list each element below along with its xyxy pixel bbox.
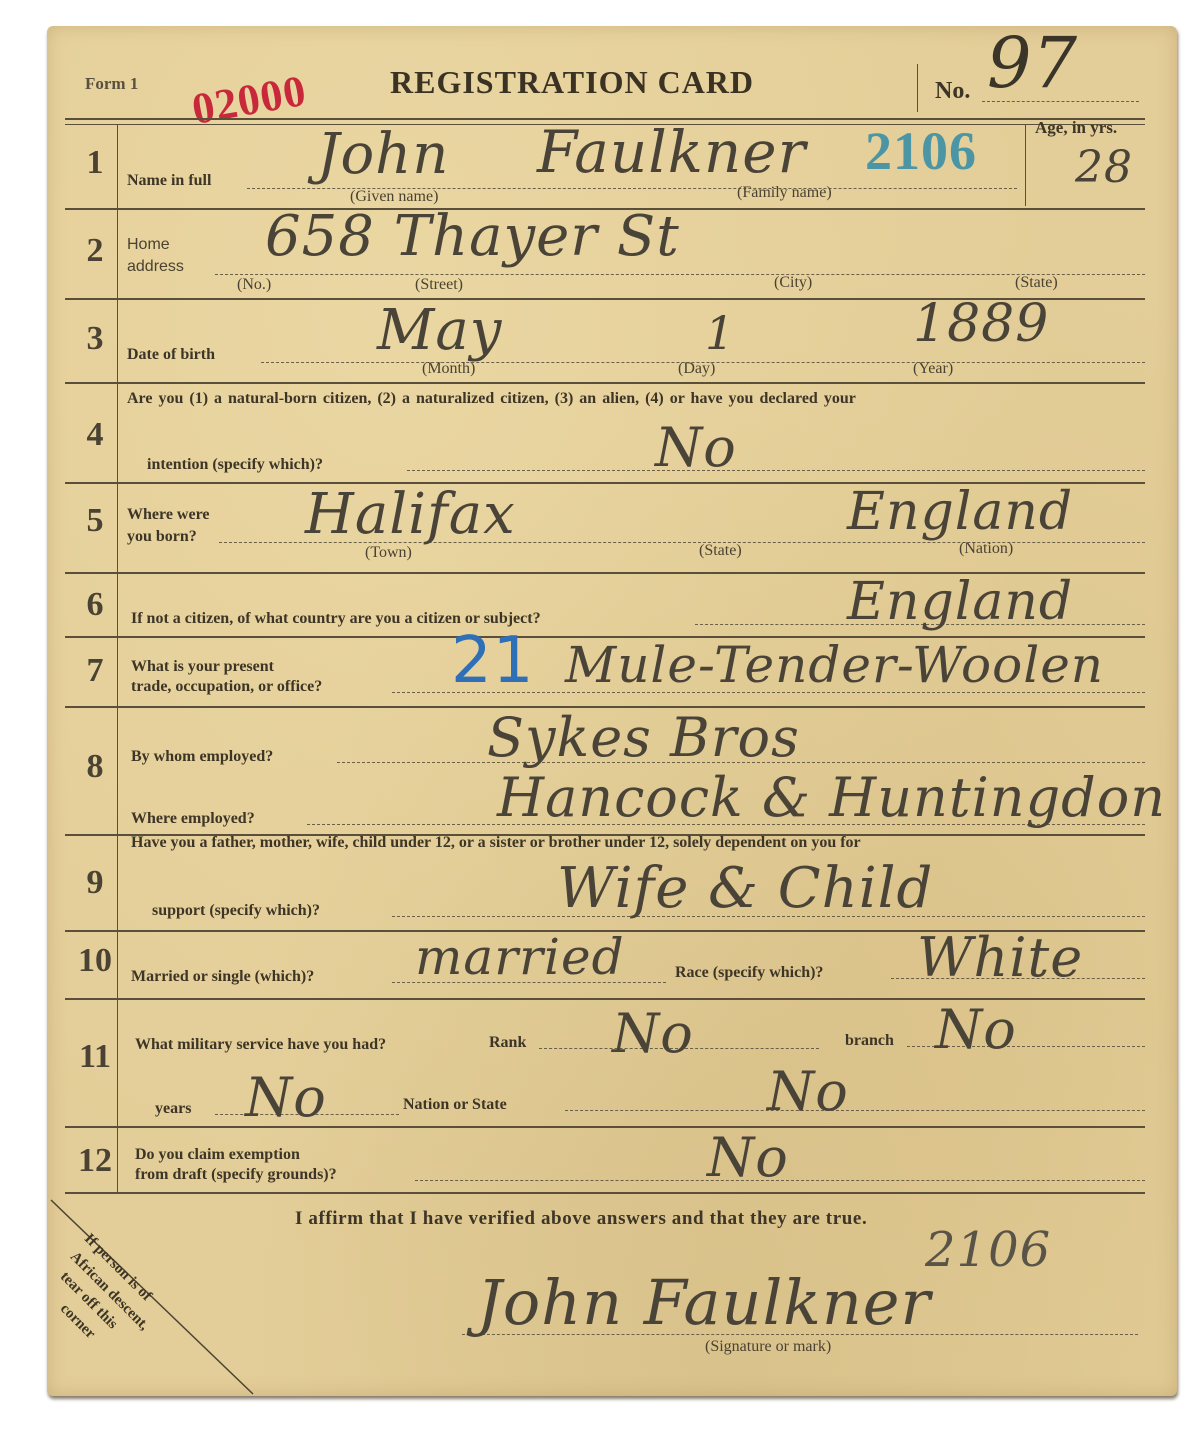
citizenship-line: [407, 470, 1145, 471]
race-label: Race (specify which)?: [675, 964, 823, 982]
pencil-number: 2106: [925, 1222, 1051, 1278]
dob-year-value: 1889: [913, 294, 1049, 354]
branch-value: No: [935, 998, 1017, 1061]
employment-location-value: Hancock & Huntingdon: [497, 766, 1166, 829]
employer-value: Sykes Bros: [487, 706, 800, 769]
row-11-rule: [65, 1126, 1145, 1128]
name-label: Name in full: [127, 172, 211, 190]
employer-label: By whom employed?: [131, 748, 273, 766]
card-number-value: 97: [987, 22, 1078, 104]
citizenship-question-line-2: intention (specify which)?: [147, 456, 323, 474]
rank-label: Rank: [489, 1034, 526, 1052]
nation-or-state-line: [565, 1110, 1145, 1111]
years-value: No: [245, 1066, 327, 1129]
row-number-divider: [117, 124, 118, 1192]
form-label: Form 1: [85, 74, 138, 94]
occupation-answer: Mule-Tender-Woolen: [565, 636, 1104, 694]
dependents-answer: Wife & Child: [557, 856, 933, 921]
dob-year-caption: (Year): [913, 360, 953, 378]
row-number-3: 3: [75, 320, 115, 358]
address-state-caption: (State): [1015, 274, 1058, 292]
marital-status-label: Married or single (which)?: [131, 968, 314, 986]
military-service-question: What military service have you had?: [135, 1036, 386, 1054]
blue-number-stamp: 2106: [865, 120, 977, 182]
birthplace-label-1: Where were: [127, 506, 209, 524]
affirmation-statement: I affirm that I have verified above answ…: [295, 1208, 867, 1230]
age-label: Age, in yrs.: [1035, 118, 1117, 138]
citizen-of-answer: England: [847, 572, 1073, 632]
years-label: years: [155, 1100, 191, 1118]
row-3-rule: [65, 382, 1145, 384]
birthplace-label-2: you born?: [127, 528, 197, 546]
card-number-label: No.: [935, 78, 970, 105]
address-city-caption: (City): [774, 274, 812, 292]
employment-location-label: Where employed?: [131, 810, 255, 828]
row-number-2: 2: [75, 232, 115, 270]
occupation-label-1: What is your present: [131, 658, 274, 676]
citizenship-question-line-1: Are you (1) a natural-born citizen, (2) …: [127, 390, 856, 408]
age-divider: [1025, 124, 1026, 206]
row-number-7: 7: [75, 652, 115, 690]
marital-status-value: married: [415, 928, 625, 986]
nation-or-state-value: No: [767, 1060, 849, 1123]
address-no-caption: (No.): [237, 276, 271, 294]
dob-day-caption: (Day): [678, 360, 715, 378]
date-of-birth-label: Date of birth: [127, 346, 215, 364]
age-value: 28: [1075, 142, 1133, 193]
dob-month-value: May: [377, 298, 502, 363]
card-title: REGISTRATION CARD: [390, 64, 754, 101]
address-street-caption: (Street): [415, 276, 463, 294]
header-divider: [917, 64, 918, 112]
row-number-10: 10: [75, 942, 115, 980]
birthplace-nation-caption: (Nation): [959, 540, 1013, 558]
home-address-value: 658 Thayer St: [265, 204, 680, 269]
row-number-9: 9: [75, 864, 115, 902]
occupation-label-2: trade, occupation, or office?: [131, 678, 322, 696]
row-number-6: 6: [75, 586, 115, 624]
race-value: White: [917, 926, 1083, 989]
dependents-question-line-1: Have you a father, mother, wife, child u…: [131, 834, 861, 852]
dob-day-value: 1: [705, 306, 735, 360]
rank-value: No: [612, 1002, 694, 1065]
home-address-label-2: address: [127, 258, 184, 276]
exemption-label-1: Do you claim exemption: [135, 1146, 300, 1164]
given-name-value: John: [317, 122, 449, 187]
home-address-label-1: Home: [127, 236, 170, 254]
address-line: [215, 274, 1145, 275]
row-number-8: 8: [75, 748, 115, 786]
branch-label: branch: [845, 1032, 894, 1050]
row-number-5: 5: [75, 502, 115, 540]
row-number-1: 1: [75, 144, 115, 182]
family-name-caption: (Family name): [737, 184, 832, 202]
row-number-4: 4: [75, 416, 115, 454]
birthplace-nation-value: England: [847, 482, 1073, 542]
birthplace-town-value: Halifax: [305, 482, 516, 547]
citizenship-answer: No: [655, 416, 737, 479]
signature: John Faulkner: [477, 1266, 931, 1339]
row-number-11: 11: [75, 1038, 115, 1076]
family-name-value: Faulkner: [537, 118, 806, 186]
exemption-label-2: from draft (specify grounds)?: [135, 1166, 337, 1184]
dependents-question-line-2: support (specify which)?: [152, 902, 320, 920]
birthplace-state-caption: (State): [699, 542, 742, 560]
occupation-code: 21: [451, 624, 534, 698]
signature-caption: (Signature or mark): [705, 1338, 831, 1356]
exemption-answer: No: [707, 1126, 789, 1189]
nation-or-state-label: Nation or State: [403, 1096, 507, 1114]
registration-card: Form 1 REGISTRATION CARD No. 97 02000 1 …: [47, 26, 1177, 1396]
row-number-12: 12: [75, 1142, 115, 1180]
